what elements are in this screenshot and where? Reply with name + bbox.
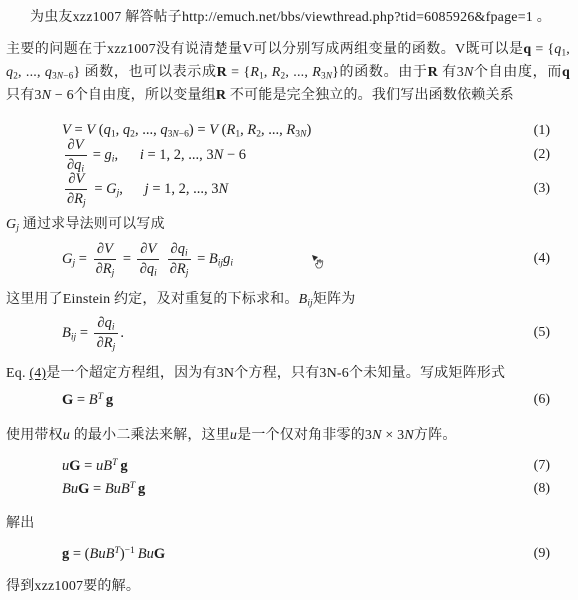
equation-row-7: uG = uBT g (7) (62, 456, 550, 476)
intro-line: 为虫友xzz1007 解答帖子http://emuch.net/bbs/view… (6, 6, 570, 29)
eqref-prefix: Eq. (6, 366, 29, 381)
equation-row-5: Bij = ∂qi∂Rj. (5) (62, 315, 550, 352)
intro-text: 为虫友xzz1007 解答帖子 (30, 10, 182, 25)
equation-row-6: G = BT g (6) (62, 390, 550, 410)
equation-content: g = (BuBT)−1 BuG (62, 546, 165, 563)
paragraph-overdetermined: Eq. (4)是一个超定方程组，因为有3N个方程，只有3N-6个未知量。写成矩阵… (6, 362, 570, 385)
eqref-rest: 是一个超定方程组，因为有3N个方程，只有3N-6个未知量。写成矩阵形式 (46, 366, 505, 381)
intro-suffix: 。 (533, 10, 551, 25)
equation-content: ∂V∂qi = gi, i = 1, 2, ..., 3N − 6 (62, 137, 246, 174)
equation-number: (7) (534, 458, 550, 474)
equation-number: (4) (534, 251, 550, 267)
equation-content: Gj = ∂V∂Rj = ∂V∂qi ∂qi∂Rj = Bijgi (62, 241, 233, 278)
paragraph-problem-statement: 主要的问题在于xzz1007没有说清楚量V可以分别写成两组变量的函数。V既可以是… (6, 38, 570, 107)
equation-number: (9) (534, 546, 550, 562)
equation-number: (3) (534, 181, 550, 197)
equation-row-9: g = (BuBT)−1 BuG (9) (62, 543, 550, 565)
equation-content: ∂V∂Rj = Gj, j = 1, 2, ..., 3N (62, 171, 228, 208)
equation-row-3: ∂V∂Rj = Gj, j = 1, 2, ..., 3N (3) (62, 171, 550, 208)
equation-content: uG = uBT g (62, 458, 128, 475)
equation-row-8: BuG = BuBT g (8) (62, 479, 550, 499)
equation-4-reference-link[interactable]: (4) (29, 366, 46, 381)
equation-number: (6) (534, 392, 550, 408)
equation-content: G = BT g (62, 392, 113, 409)
equation-number: (2) (534, 147, 550, 163)
paragraph-weighted-least-squares: 使用带权u 的最小二乘法来解，这里u是一个仅对角非零的3N × 3N方阵。 (6, 424, 570, 447)
equation-content: BuG = BuBT g (62, 481, 145, 498)
equation-row-4: Gj = ∂V∂Rj = ∂V∂qi ∂qi∂Rj = Bijgi (4) (62, 241, 550, 278)
paragraph-einstein-convention: 这里用了Einstein 约定，及对重复的下标求和。Bij矩阵为 (6, 288, 570, 311)
document-page: 为虫友xzz1007 解答帖子http://emuch.net/bbs/view… (0, 0, 578, 600)
equation-number: (5) (534, 325, 550, 341)
paragraph-chain-rule: Gj 通过求导法则可以写成 (6, 213, 570, 236)
equation-content: Bij = ∂qi∂Rj. (62, 315, 124, 352)
paragraph-solve: 解出 (6, 512, 570, 535)
equation-number: (8) (534, 481, 550, 497)
paragraph-conclusion: 得到xzz1007要的解。 (6, 575, 570, 598)
equation-row-2: ∂V∂qi = gi, i = 1, 2, ..., 3N − 6 (2) (62, 137, 550, 174)
thread-url[interactable]: http://emuch.net/bbs/viewthread.php?tid=… (182, 10, 533, 25)
hand-pointer-cursor (311, 254, 327, 270)
